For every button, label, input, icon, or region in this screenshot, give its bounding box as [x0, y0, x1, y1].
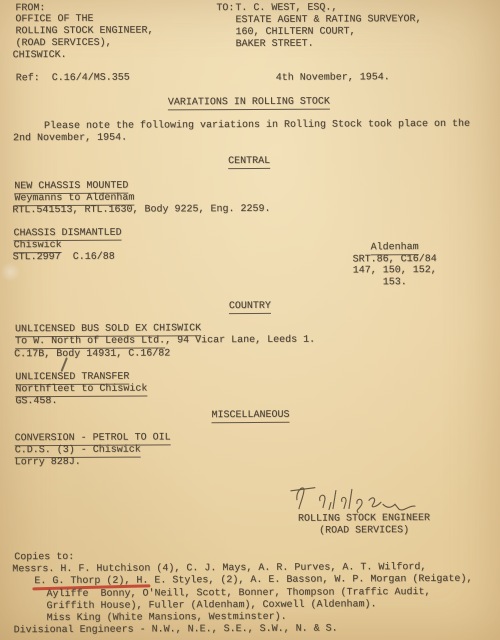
scanned-memo-page: FROM: OFFICE OF THE ROLLING STOCK ENGINE…: [0, 0, 500, 640]
section-heading-country: COUNTRY: [229, 301, 271, 314]
section-heading-central: CENTRAL: [228, 156, 270, 169]
chiswick-detail: STL.2997 C.16/88: [13, 252, 115, 265]
bus-sold-heading: UNLICENSED BUS SOLD EX CHISWICK: [15, 323, 201, 336]
signatory-title-block: ROLLING STOCK ENGINEER (ROAD SERVICES): [284, 513, 444, 538]
copies-label: Copies to:: [14, 552, 74, 564]
bus-sold-buyer: To W. North of Leeds Ltd., 94 Vicar Lane…: [15, 335, 315, 349]
aldenham-column: Aldenham SRT.86, C16/84 147, 150, 152, 1…: [350, 242, 440, 289]
intro-line: Please note the following variations in …: [44, 119, 470, 133]
section-heading-central-line: CENTRAL: [0, 155, 499, 170]
from-line: ROLLING STOCK ENGINEER,: [15, 26, 153, 39]
aldenham-line: 147, 150, 152,: [350, 265, 440, 277]
signatory-title: ROLLING STOCK ENGINEER: [284, 513, 444, 526]
conversion-subheading: C.D.S. (3) - Chiswick: [15, 445, 141, 458]
to-line: BAKER STREET.: [236, 39, 314, 51]
chiswick-label: Chiswick: [14, 240, 62, 252]
copies-line: Griffith House), Fuller (Aldenham), Coxw…: [46, 599, 376, 613]
section-heading-misc-line: MISCELLANEOUS: [0, 409, 500, 424]
intro-line: 2nd November, 1954.: [13, 133, 127, 146]
from-line: (ROAD SERVICES),: [16, 38, 112, 51]
copies-line: Divisional Engineers - N.W., N.E., S.E.,…: [14, 624, 338, 638]
section-heading-country-line: COUNTRY: [0, 300, 500, 315]
document-title-line: VARIATIONS IN ROLLING STOCK: [0, 96, 499, 111]
conversion-heading: CONVERSION - PETROL TO OIL: [15, 432, 171, 445]
chassis-dismantled-heading: CHASSIS DISMANTLED: [14, 228, 122, 241]
transfer-detail: GS.458.: [15, 396, 57, 408]
ref-number: C.16/4/MS.355: [52, 73, 130, 84]
new-chassis-subheading: Weymanns to Aldenham: [14, 193, 134, 206]
from-line: CHISWICK.: [13, 50, 67, 62]
ref-label: Ref:: [16, 73, 40, 84]
bus-sold-detail: C.17B, Body 14931, C.16/82: [14, 348, 170, 361]
handwritten-signature: [287, 481, 427, 514]
date: 4th November, 1954.: [276, 72, 390, 85]
buyer-name: To W. North of Leeds Ltd.: [15, 335, 165, 348]
to-line: ESTATE AGENT & RATING SURVEYOR,: [235, 14, 421, 27]
reference-line: Ref:C.16/4/MS.355: [16, 73, 130, 86]
aldenham-line: 153.: [350, 277, 440, 289]
to-line: 160, CHILTERN COURT,: [235, 26, 355, 39]
new-chassis-detail: RTL.541513, RTL.1630, Body 9225, Eng. 22…: [12, 204, 270, 217]
aldenham-line: SRT.86, C16/84: [350, 254, 440, 266]
to-label: TO:: [216, 3, 234, 15]
from-line: OFFICE OF THE: [15, 14, 93, 26]
section-heading-misc: MISCELLANEOUS: [211, 410, 289, 423]
buyer-address: , 94 Vicar Lane, Leeds 1.: [165, 335, 315, 347]
document-title: VARIATIONS IN ROLLING STOCK: [168, 97, 330, 110]
signatory-department: (ROAD SERVICES): [284, 525, 444, 538]
to-line: T. C. WEST, ESQ.,: [235, 3, 337, 16]
transfer-heading: UNLICENSED TRANSFER: [15, 372, 129, 385]
document-content: FROM: OFFICE OF THE ROLLING STOCK ENGINE…: [0, 0, 500, 640]
conversion-detail: Lorry 828J.: [15, 457, 81, 469]
transfer-subheading: Northfleet to Chiswick: [15, 384, 147, 397]
new-chassis-heading: NEW CHASSIS MOUNTED: [14, 181, 128, 194]
aldenham-label: Aldenham: [350, 242, 440, 254]
